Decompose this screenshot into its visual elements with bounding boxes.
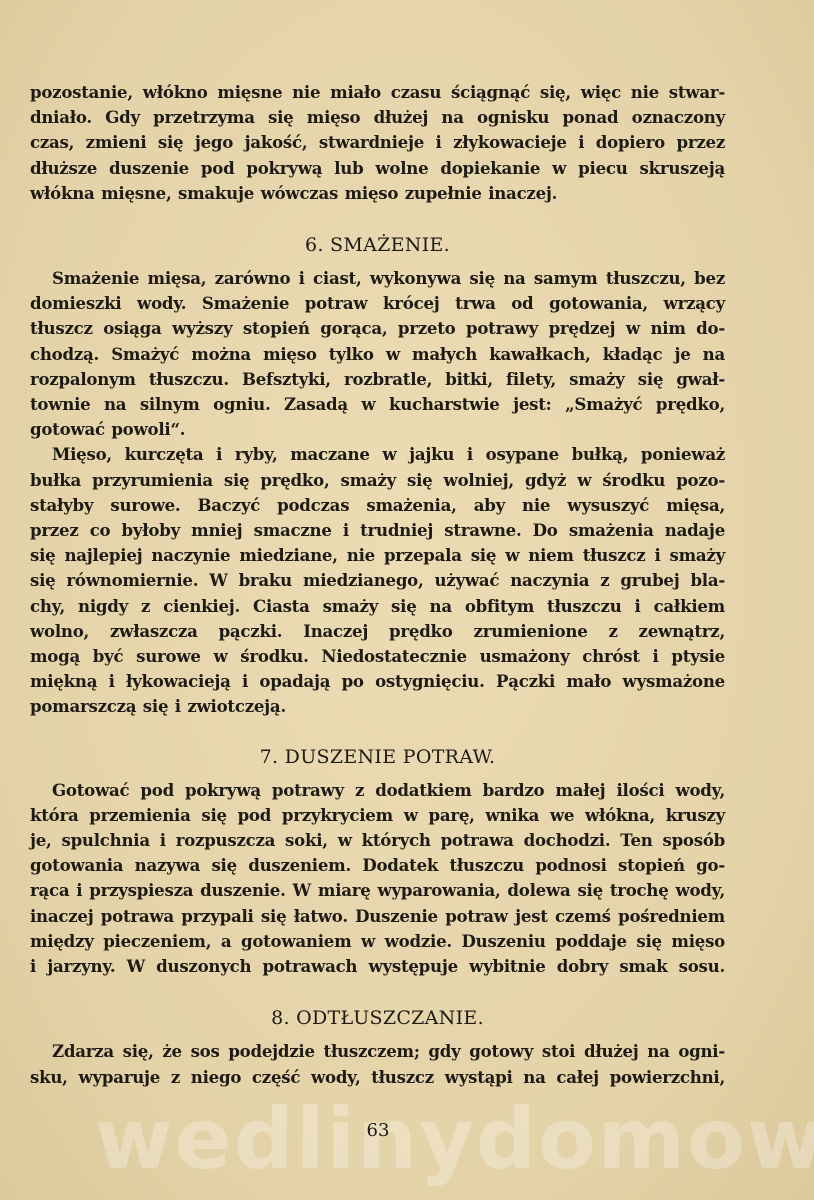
text-line: dłuższe duszenie pod pokrywą lub wolne d… [30,156,725,181]
section-heading-smazenie: 6. SMAŻENIE. [30,234,725,256]
text-line: rąca i przyspiesza duszenie. W miarę wyp… [30,878,725,903]
text-line: się równomiernie. W braku miedzianego, u… [30,568,725,593]
page-number: 63 [0,1120,756,1141]
text-line: mogą być surowe w środku. Niedostateczni… [30,644,725,669]
section-7-paragraph-1: Gotować pod pokrywą potrawy z dodatkiem … [30,778,725,980]
text-line: gotować powoli“. [30,417,725,442]
text-line: sku, wyparuje z niego część wody, tłuszc… [30,1065,725,1090]
text-line: Mięso, kurczęta i ryby, maczane w jajku … [30,442,725,467]
text-line: Gotować pod pokrywą potrawy z dodatkiem … [30,778,725,803]
text-line: je, spulchnia i rozpuszcza soki, w który… [30,828,725,853]
text-line: i jarzyny. W duszonych potrawach występu… [30,954,725,979]
text-line: czas, zmieni się jego jakość, stwardniej… [30,130,725,155]
text-line: stałyby surowe. Baczyć podczas smażenia,… [30,493,725,518]
text-line: townie na silnym ogniu. Zasadą w kuchars… [30,392,725,417]
section-6-paragraph-2: Mięso, kurczęta i ryby, maczane w jajku … [30,442,725,719]
text-line: inaczej potrawa przypali się łatwo. Dusz… [30,904,725,929]
text-line: tłuszcz osiąga wyższy stopień gorąca, pr… [30,316,725,341]
section-heading-odtluszczanie: 8. ODTŁUSZCZANIE. [30,1007,725,1029]
section-6-paragraph-1: Smażenie mięsa, zarówno i ciast, wykonyw… [30,266,725,442]
text-line: przez co byłoby mniej smaczne i trudniej… [30,518,725,543]
section-8-paragraph-1: Zdarza się, że sos podejdzie tłuszczem; … [30,1039,725,1089]
text-line: rozpalonym tłuszczu. Befsztyki, rozbratl… [30,367,725,392]
text-line: pomarszczą się i zwiotczeją. [30,694,725,719]
text-line: bułka przyrumienia się prędko, smaży się… [30,468,725,493]
text-line: Zdarza się, że sos podejdzie tłuszczem; … [30,1039,725,1064]
text-line: gotowania nazywa się duszeniem. Dodatek … [30,853,725,878]
text-line: miękną i łykowacieją i opadają po ostygn… [30,669,725,694]
section-heading-duszenie-potraw: 7. DUSZENIE POTRAW. [30,746,725,768]
text-line: pozostanie, włókno mięsne nie miało czas… [30,80,725,105]
text-line: Smażenie mięsa, zarówno i ciast, wykonyw… [30,266,725,291]
text-line: się najlepiej naczynie miedziane, nie pr… [30,543,725,568]
text-line: która przemienia się pod przykryciem w p… [30,803,725,828]
text-line: wolno, zwłaszcza pączki. Inaczej prędko … [30,619,725,644]
section-5-continuation: pozostanie, włókno mięsne nie miało czas… [30,80,725,206]
text-line: włókna mięsne, smakuje wówczas mięso zup… [30,181,725,206]
text-line: między pieczeniem, a gotowaniem w wodzie… [30,929,725,954]
text-line: domieszki wody. Smażenie potraw krócej t… [30,291,725,316]
text-line: dniało. Gdy przetrzyma się mięso dłużej … [30,105,725,130]
book-page: pozostanie, włókno mięsne nie miało czas… [30,80,725,1090]
text-line: chodzą. Smażyć można mięso tylko w małyc… [30,342,725,367]
text-line: chy, nigdy z cienkiej. Ciasta smaży się … [30,594,725,619]
